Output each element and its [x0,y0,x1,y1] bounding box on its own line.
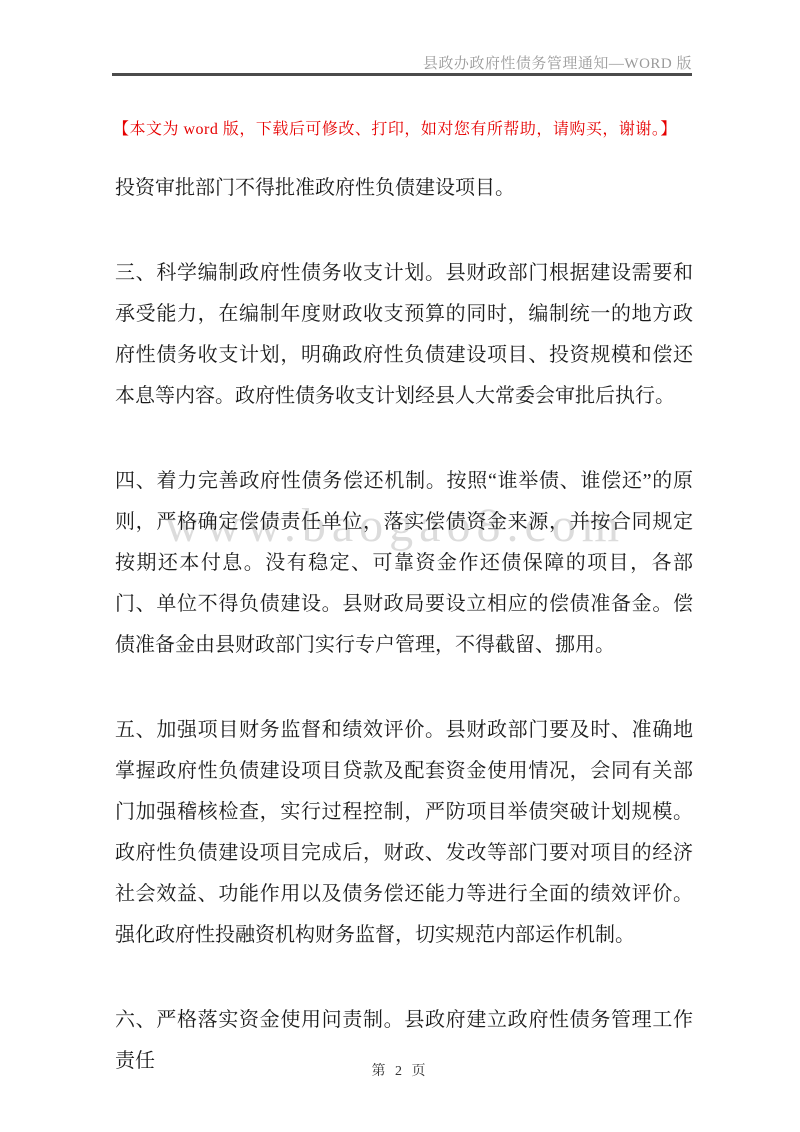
page-number: 第 2 页 [0,1060,800,1080]
document-page: 县政办政府性债务管理通知—WORD 版 【本文为 word 版，下载后可修改、打… [0,0,800,1132]
paragraph: 四、着力完善政府性债务偿还机制。按照“谁举债、谁偿还”的原则，严格确定偿债责任单… [115,461,693,666]
paragraph: 三、科学编制政府性债务收支计划。县财政部门根据建设需要和承受能力，在编制年度财政… [115,253,693,417]
document-body: 投资审批部门不得批准政府性负债建设项目。 三、科学编制政府性债务收支计划。县财政… [115,168,693,1126]
paragraph: 投资审批部门不得批准政府性负债建设项目。 [115,168,693,209]
paragraph: 五、加强项目财务监督和绩效评价。县财政部门要及时、准确地掌握政府性负债建设项目贷… [115,710,693,956]
purchase-notice-text: 【本文为 word 版，下载后可修改、打印，如对您有所帮助，请购买，谢谢。】 [113,118,703,142]
header-divider [112,73,692,76]
document-header-title: 县政办政府性债务管理通知—WORD 版 [423,52,692,73]
